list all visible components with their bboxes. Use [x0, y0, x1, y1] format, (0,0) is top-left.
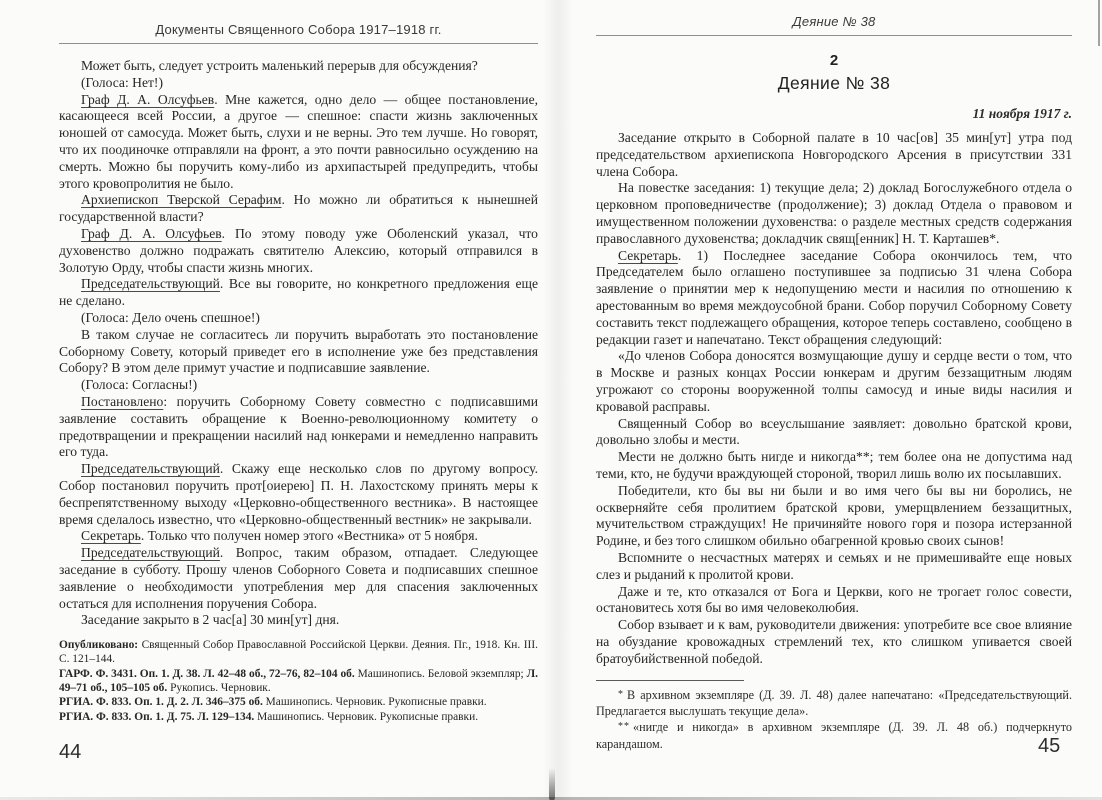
body-paragraph: Архиепископ Тверской Серафим. Но можно л… — [59, 192, 538, 226]
footnote-block: *В архивном экземпляре (Д. 39. Л. 48) да… — [596, 688, 1072, 753]
archive-ref-bold: РГИА. Ф. 833. Оп. 1. Д. 2. Л. 346–375 об… — [59, 696, 263, 708]
body-paragraph: В таком случае не согласитесь ли поручит… — [59, 327, 538, 377]
deed-title: Деяние № 38 — [596, 73, 1072, 94]
body-paragraph: Председательствующий. Вопрос, таким обра… — [59, 545, 538, 612]
body-paragraph: Постановлено: поручить Соборному Совету … — [59, 394, 538, 461]
body-paragraph: Священный Собор во всеуслышание заявляет… — [596, 416, 1072, 450]
running-head-rule-left — [59, 43, 538, 44]
running-head-right: Деяние № 38 — [596, 14, 1072, 29]
page-number-left: 44 — [59, 741, 81, 764]
archive-ref-bold: РГИА. Ф. 833. Оп. 1. Д. 75. Л. 129–134. — [59, 711, 254, 723]
archive-ref: РГИА. Ф. 833. Оп. 1. Д. 2. Л. 346–375 об… — [59, 695, 538, 709]
speaker-name: Председательствующий — [81, 276, 220, 291]
archive-ref-bold: ГАРФ. Ф. 3431. Оп. 1. Д. 38. Л. 42–48 об… — [59, 668, 355, 680]
body-paragraph: Граф Д. А. Олсуфьев. Мне кажется, одно д… — [59, 92, 538, 193]
page-right-body: Заседание открыто в Соборной палате в 10… — [596, 130, 1072, 668]
footnote-marker: * — [618, 689, 624, 700]
speaker-name: Граф Д. А. Олсуфьев — [81, 226, 222, 241]
body-paragraph: Даже и те, кто отказался от Бога и Церкв… — [596, 584, 1072, 618]
body-paragraph: Может быть, следует устроить маленький п… — [59, 58, 538, 75]
speaker-name: Архиепископ Тверской Серафим — [81, 192, 281, 207]
body-paragraph: Заседание открыто в Соборной палате в 10… — [596, 130, 1072, 180]
body-paragraph: Вспомните о несчастных матерях и семьях … — [596, 550, 1072, 584]
body-paragraph: (Голоса: Нет!) — [59, 75, 538, 92]
archive-ref-text: Машинопись. Черновик. Рукописные правки. — [263, 696, 487, 708]
speaker-name: Председательствующий — [81, 461, 220, 476]
page-number-right: 45 — [1038, 735, 1060, 758]
footnote-marker: ** — [618, 721, 630, 732]
archive-ref: ГАРФ. Ф. 3431. Оп. 1. Д. 38. Л. 42–48 об… — [59, 667, 538, 696]
page-left: Документы Священного Собора 1917–1918 гг… — [59, 22, 538, 724]
page-left-body: Может быть, следует устроить маленький п… — [59, 58, 538, 629]
scan-artifact-gutter — [549, 768, 555, 800]
body-paragraph: Мести не должно быть нигде и никогда**; … — [596, 449, 1072, 483]
footnote-rule — [596, 680, 744, 681]
speaker-name: Председательствующий — [81, 545, 220, 560]
speaker-name: Секретарь — [618, 248, 678, 263]
speaker-name: Секретарь — [81, 528, 141, 543]
body-paragraph: «До членов Собора доносятся возмущающие … — [596, 348, 1072, 415]
body-paragraph: Председательствующий. Скажу еще нескольк… — [59, 461, 538, 528]
section-number: 2 — [596, 52, 1072, 69]
archive-ref-text: Машинопись. Беловой экземпляр; — [355, 668, 527, 680]
deed-date: 11 ноября 1917 г. — [596, 106, 1072, 122]
archive-ref-text: Рукопись. Черновик. — [167, 682, 270, 694]
speaker-name: Граф Д. А. Олсуфьев — [81, 92, 214, 107]
footnote: *В архивном экземпляре (Д. 39. Л. 48) да… — [596, 688, 1072, 721]
body-paragraph: Председательствующий. Все вы говорите, н… — [59, 276, 538, 310]
body-paragraph: Собор взывает и к вам, руководители движ… — [596, 617, 1072, 667]
body-paragraph: (Голоса: Дело очень спешное!) — [59, 310, 538, 327]
body-paragraph: Граф Д. А. Олсуфьев. По этому поводу уже… — [59, 226, 538, 276]
archive-ref: РГИА. Ф. 833. Оп. 1. Д. 75. Л. 129–134. … — [59, 710, 538, 724]
running-head-rule-right — [596, 35, 1072, 36]
running-head-left: Документы Священного Собора 1917–1918 гг… — [59, 22, 538, 37]
body-paragraph: (Голоса: Согласны!) — [59, 377, 538, 394]
speaker-name: Постановлено — [81, 394, 163, 409]
scan-artifact-right-edge — [1098, 0, 1100, 46]
body-paragraph: На повестке заседания: 1) текущие дела; … — [596, 180, 1072, 247]
book-spread: Документы Священного Собора 1917–1918 гг… — [0, 0, 1102, 800]
body-paragraph: Секретарь. Только что получен номер этог… — [59, 528, 538, 545]
published-block: Опубликовано: Священный Собор Православн… — [59, 638, 538, 724]
gutter-shadow — [543, 0, 573, 800]
body-paragraph: Секретарь. 1) Последнее заседание Собора… — [596, 248, 1072, 349]
footnote: **«нигде и никогда» в архивном экземпляр… — [596, 720, 1072, 753]
archive-ref: Опубликовано: Священный Собор Православн… — [59, 638, 538, 667]
archive-ref-bold: Опубликовано: — [59, 639, 138, 651]
page-right: Деяние № 38 2 Деяние № 38 11 ноября 1917… — [596, 14, 1072, 753]
body-paragraph: Заседание закрыто в 2 час[а] 30 мин[ут] … — [59, 612, 538, 629]
body-paragraph: Победители, кто бы вы ни были и во имя ч… — [596, 483, 1072, 550]
archive-ref-text: Машинопись. Черновик. Рукописные правки. — [254, 711, 478, 723]
